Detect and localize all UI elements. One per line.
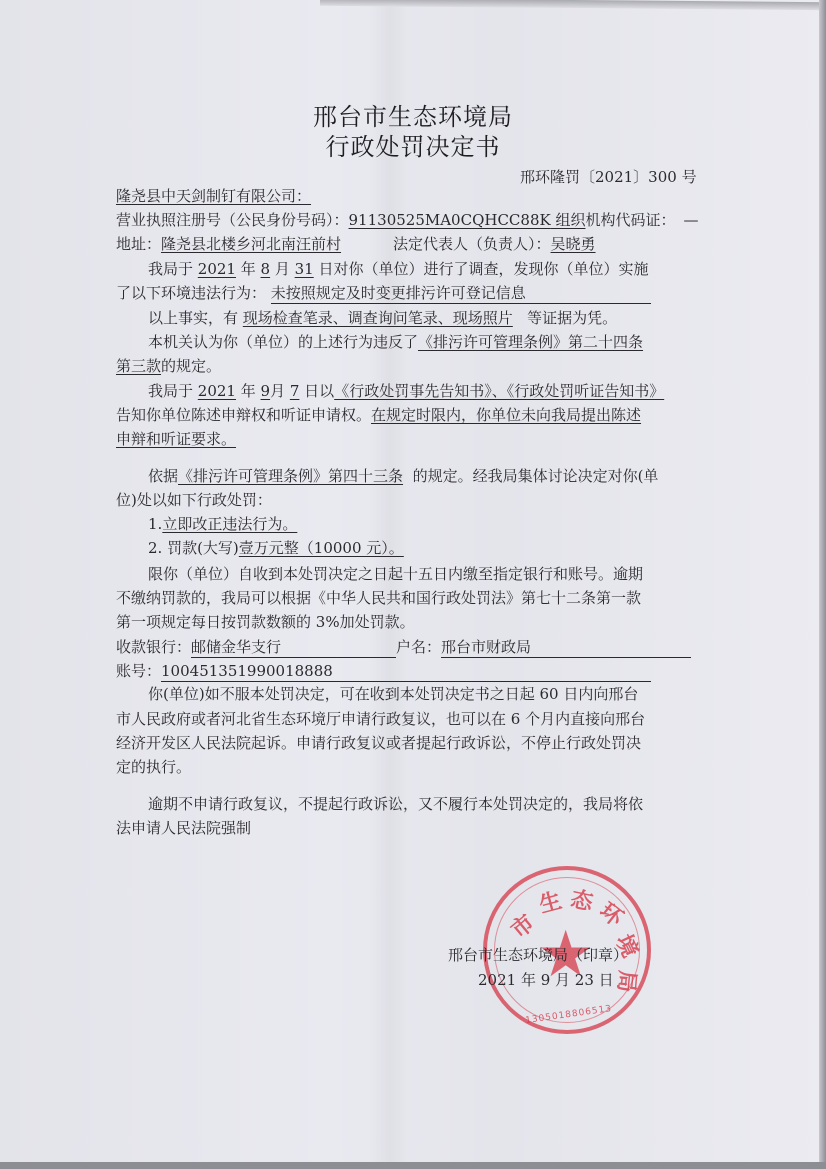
appeal-line4: 定的执行。 [116, 757, 191, 777]
evidence-line: 以上事实，有 现场检查笔录、调查询问笔录、现场照片 等证据为凭。 [148, 308, 617, 328]
bank-line: 收款银行：邮储金华支行户名：邢台市财政局 [116, 637, 691, 658]
payment-line1: 限你（单位）自收到本处罚决定之日起十五日内缴至指定银行和账号。逾期 [148, 564, 643, 584]
scan-edge-bottom [0, 1162, 826, 1169]
signature-date: 2021 年 9 月 23 日 [478, 970, 614, 990]
violated-rule-line1: 本机关认为你（单位）的上述行为违反了《排污许可管理条例》第二十四条 [148, 332, 643, 352]
investigation-line2: 了以下环境违法行为： 未按照规定及时变更排污许可登记信息 [116, 283, 651, 304]
document-number: 邢环隆罚〔2021〕300 号 [520, 166, 697, 187]
party-name: 隆尧县中天剑制钉有限公司： [116, 186, 311, 206]
legal-representative: 吴晓勇 [551, 234, 617, 254]
penalty-item-1: 1.立即改正违法行为。 [148, 514, 297, 534]
payment-line3: 第一项规定每日按罚款数额的 3%加处罚款。 [116, 612, 415, 632]
appeal-line1: 你(单位)如不服本处罚决定，可在收到本处罚决定书之日起 60 日内向邢台 [148, 684, 638, 704]
enforcement-line2: 法申请人民法院强制 [116, 818, 251, 838]
account-number: 100451351990018888 [161, 661, 651, 682]
signature-org: 邢台市生态环境局（印章） [448, 945, 628, 965]
bank-name: 邮储金华支行 [191, 637, 396, 658]
fine-amount: 壹万元整（10000 元）。 [239, 539, 404, 557]
notice-line3: 申辩和听证要求。 [116, 429, 236, 449]
penalty-item-2: 2. 罚款(大写)壹万元整（10000 元）。 [148, 538, 404, 558]
license-line: 营业执照注册号（公民身份号码）：91130525MA0CQHCC88K 组织机构… [116, 210, 699, 230]
notice-line1: 我局于 2021 年 9月 7 日以《行政处罚事先告知书》、《行政处罚听证告知书… [148, 381, 664, 401]
account-line: 账号：100451351990018888 [116, 661, 651, 682]
investigation-line1: 我局于 2021 年 8 月 31 日对你（单位）进行了调查，发现你（单位）实施 [148, 259, 649, 279]
payment-line2: 不缴纳罚款的，我局可以根据《中华人民共和国行政处罚法》第七十二条第一款 [116, 588, 641, 608]
document-page: 邢台市生态环境局 行政处罚决定书 邢环隆罚〔2021〕300 号 隆尧县中天剑制… [0, 0, 826, 1169]
violated-rule-line2: 第三款的规定。 [116, 356, 221, 376]
enforcement-line1: 逾期不申请行政复议，不提起行政诉讼，又不履行本处罚决定的，我局将依 [148, 794, 643, 814]
basis-line1: 依据《排污许可管理条例》第四十三条 的规定。经我局集体讨论决定对你(单 [148, 466, 658, 486]
evidence-list: 现场检查笔录、调查询问笔录、现场照片 [243, 309, 513, 327]
appeal-line3: 经济开发区人民法院起诉。申请行政复议或者提起行政诉讼，不停止行政处罚决 [116, 733, 641, 753]
scan-edge-right [819, 0, 826, 1169]
address-value: 隆尧县北楼乡河北南汪前村 [161, 234, 393, 254]
license-number: 91130525MA0CQHCC88K [349, 211, 551, 229]
notice-line2: 告知你单位陈述申辩权和听证申请权。在规定时限内，你单位未向我局提出陈述 [116, 405, 641, 425]
address-line: 地址：隆尧县北楼乡河北南汪前村法定代表人（负责人）：吴晓勇 [116, 234, 617, 254]
appeal-line2: 市人民政府或者河北省生态环境厅申请行政复议，也可以在 6 个月内直接向邢台 [116, 709, 645, 729]
paper-fold [370, 0, 410, 1169]
org-code: — [684, 211, 699, 229]
basis-line2: 位)处以如下行政处罚： [116, 490, 272, 510]
violation-description: 未按照规定及时变更排污许可登记信息 [271, 283, 651, 304]
account-name: 邢台市财政局 [441, 637, 691, 658]
document-title: 行政处罚决定书 [0, 127, 826, 162]
